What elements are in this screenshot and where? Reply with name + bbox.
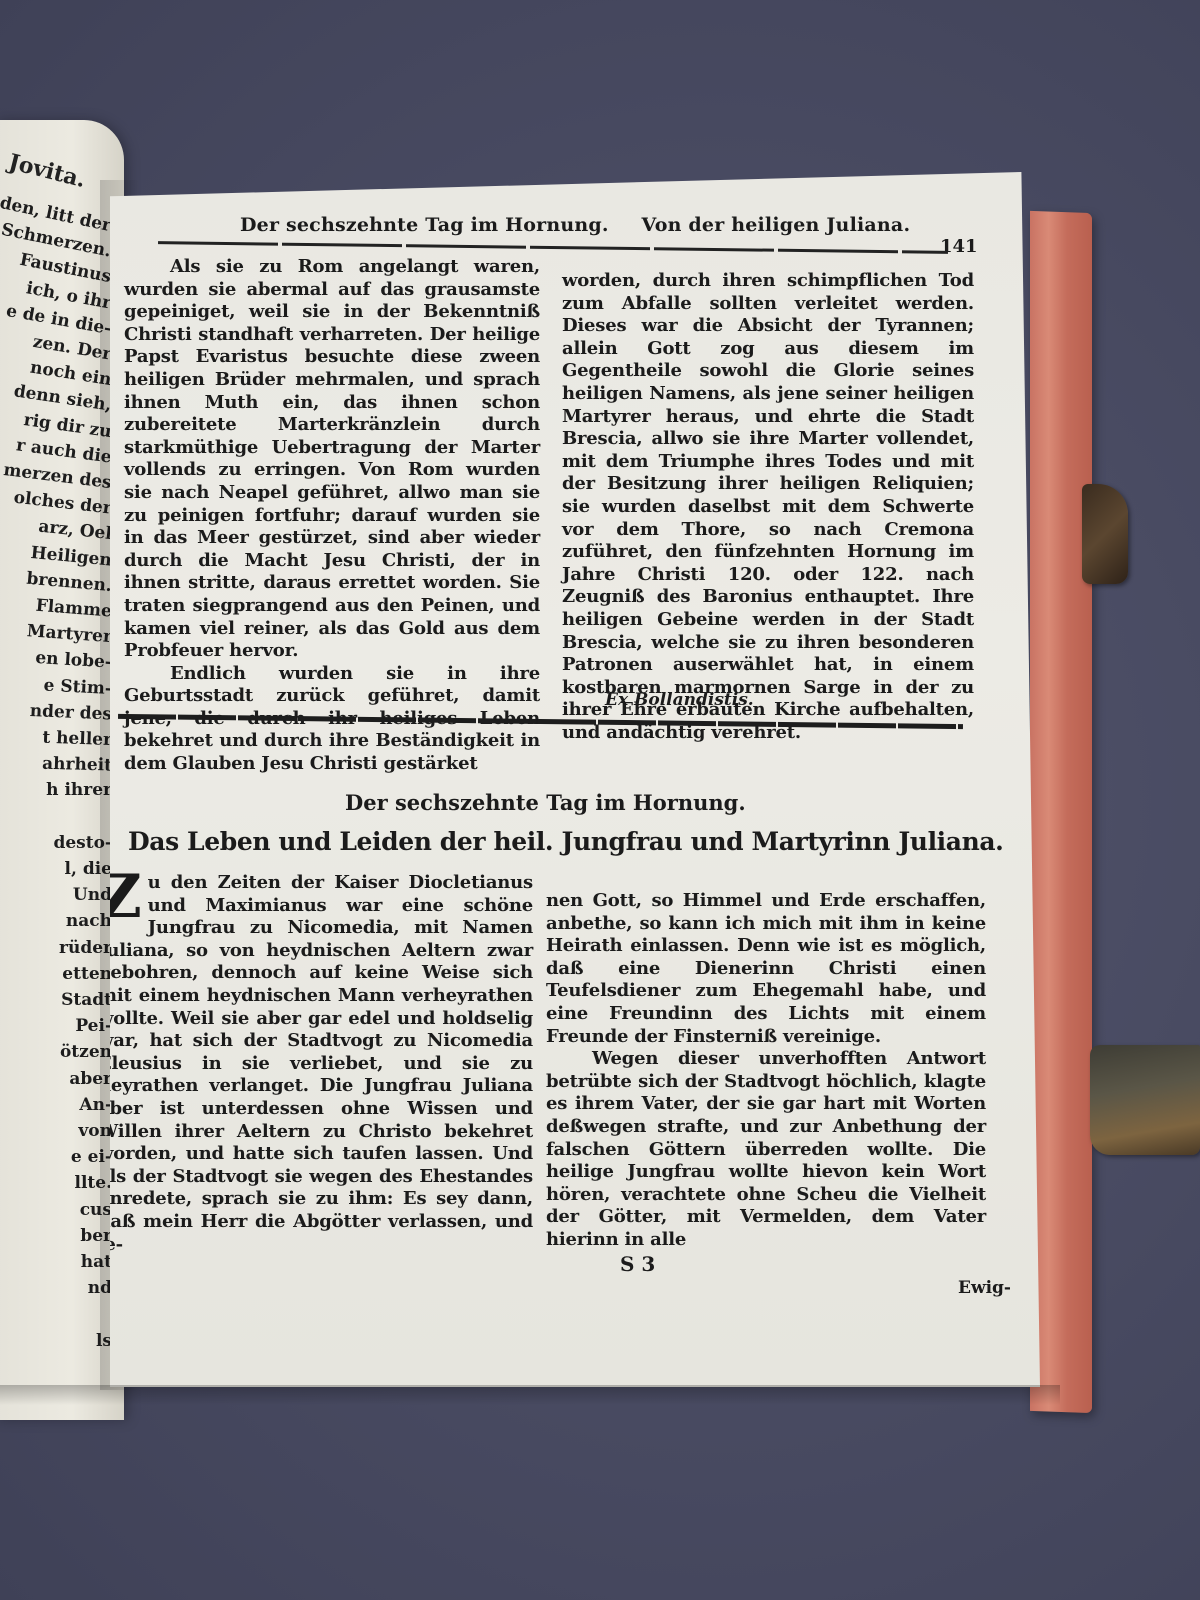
left-page-line: Stadt xyxy=(0,990,112,1010)
left-page-line: Flamme xyxy=(0,592,113,621)
paragraph: Zu den Zeiten der Kaiser Diocletianus un… xyxy=(98,872,533,1256)
left-page-line: rüder xyxy=(0,938,112,958)
top-left-column: Als sie zu Rom angelangt waren, wurden s… xyxy=(124,256,540,776)
left-page-line: nder des xyxy=(0,699,112,724)
page-number: 141 xyxy=(940,236,978,257)
left-page-line: hat xyxy=(0,1252,112,1272)
left-page-line: l, die xyxy=(0,859,112,879)
running-head: Der sechszehnte Tag im Hornung. Von der … xyxy=(240,214,950,236)
left-page-line: Martyrer xyxy=(0,619,113,647)
left-page-line: desto- xyxy=(0,833,112,853)
left-page-line: ahrheit xyxy=(0,753,112,776)
left-page-line: aber xyxy=(0,1069,112,1089)
book-fore-edge xyxy=(1030,211,1092,1413)
left-page-line: An- xyxy=(0,1095,112,1115)
left-page-line: e Stim- xyxy=(0,673,112,699)
book-clasp-top xyxy=(1082,484,1128,584)
paragraph: Als sie zu Rom angelangt waren, wurden s… xyxy=(124,256,540,663)
paragraph: worden, durch ihren schimpflichen Tod zu… xyxy=(562,270,974,744)
left-page-line: ötzen xyxy=(0,1042,112,1062)
paragraph: Wegen dieser unverhofften Antwort betrüb… xyxy=(546,1048,986,1251)
day-subheading: Der sechszehnte Tag im Hornung. xyxy=(345,790,746,815)
left-page-line: nd xyxy=(0,1278,112,1298)
left-page-running-head: Jovita. xyxy=(6,149,88,193)
left-page-line: Pei- xyxy=(0,1016,112,1036)
left-page-line: Heiligen xyxy=(0,539,113,570)
book-clasp-bottom xyxy=(1090,1045,1200,1155)
bottom-right-column: nen Gott, so Himmel und Erde erschaffen,… xyxy=(546,890,986,1252)
page-bottom-shadow xyxy=(0,1385,1060,1405)
bottom-left-column: Zu den Zeiten der Kaiser Diocletianus un… xyxy=(98,872,533,1256)
left-page-line: en lobe- xyxy=(0,646,113,673)
left-page-line: llte. xyxy=(0,1173,112,1193)
source-note: Ex Bollandistis. xyxy=(605,690,754,710)
left-page-line: Und xyxy=(0,885,112,905)
catchword: Ewig- xyxy=(958,1278,1011,1298)
book-page: Der sechszehnte Tag im Hornung. Von der … xyxy=(110,172,1040,1387)
left-page-line: brennen. xyxy=(0,566,113,596)
left-page-line: arz, Oel xyxy=(0,512,113,544)
left-page-line: ls xyxy=(0,1331,112,1351)
paragraph: nen Gott, so Himmel und Erde erschaffen,… xyxy=(546,890,986,1048)
running-head-right: Von der heiligen Juliana. xyxy=(642,214,911,236)
printer-signature-mark: S 3 xyxy=(620,1252,655,1276)
left-page-line: nach xyxy=(0,911,112,931)
left-page-line: ber xyxy=(0,1226,112,1246)
running-head-left: Der sechszehnte Tag im Hornung. xyxy=(240,214,609,236)
header-rule xyxy=(158,241,948,254)
left-page-line: e ei- xyxy=(0,1147,112,1167)
top-right-column: worden, durch ihren schimpflichen Tod zu… xyxy=(562,270,974,744)
left-page-line: cus xyxy=(0,1200,112,1220)
chapter-title: Das Leben und Leiden der heil. Jungfrau … xyxy=(128,827,1003,856)
left-page-line: etten xyxy=(0,964,112,984)
left-page-line: von xyxy=(0,1121,112,1141)
left-page-line: h ihrer xyxy=(0,780,112,800)
left-page-line: t heller xyxy=(0,726,112,750)
